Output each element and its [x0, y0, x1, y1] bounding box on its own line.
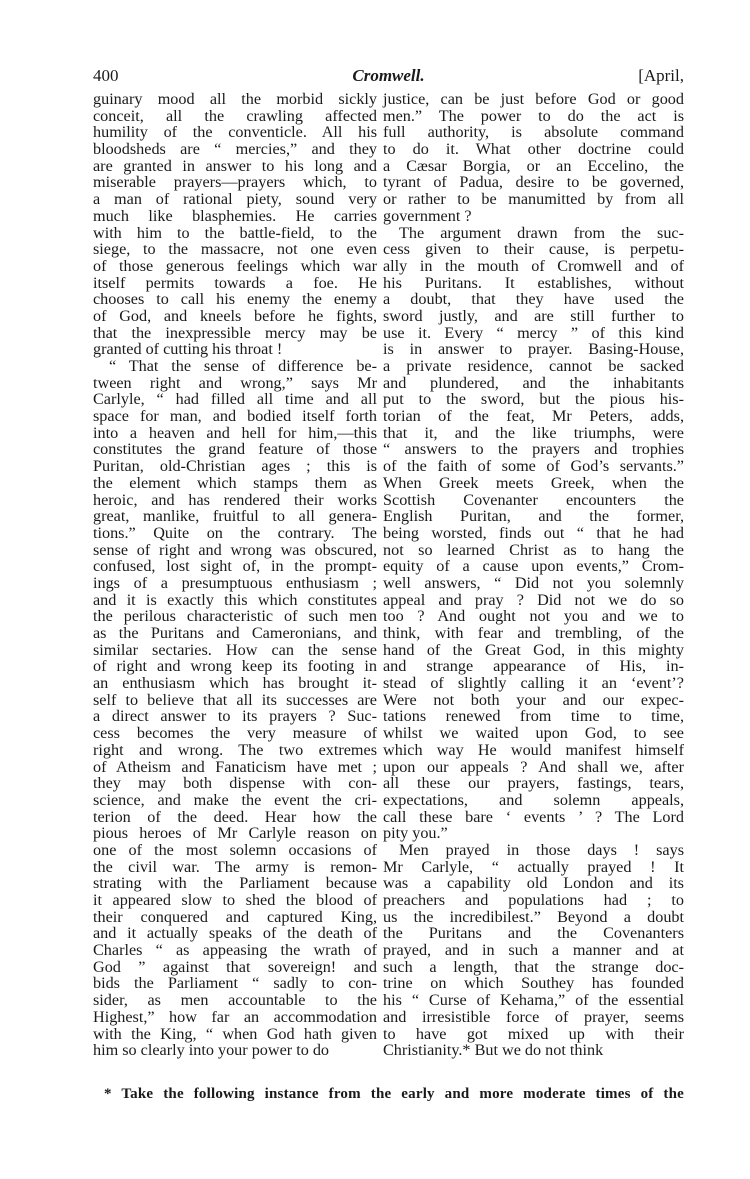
text-line: “ answers to the prayers and trophies — [383, 441, 684, 458]
running-date: [April, — [638, 66, 684, 86]
text-line: a doubt, that they have used the — [383, 291, 684, 308]
text-line: sider, as men accountable to the — [93, 992, 377, 1009]
text-line: Puritan, old-Christian ages ; this is — [93, 458, 377, 475]
text-line: justice, can be just before God or good — [383, 91, 684, 108]
text-line: pious heroes of Mr Carlyle reason on — [93, 825, 377, 842]
text-line: “ That the sense of difference be- — [93, 358, 377, 375]
text-line: sense of right and wrong was obscured, — [93, 542, 377, 559]
text-line: which way He would manifest himself — [383, 742, 684, 759]
text-line: us the incredibilest.” Beyond a doubt — [383, 909, 684, 926]
text-line: terion of the deed. Hear how the — [93, 809, 377, 826]
text-line: the element which stamps them as — [93, 475, 377, 492]
text-line: science, and make the event the cri- — [93, 792, 377, 809]
text-line: the civil war. The army is remon- — [93, 859, 377, 876]
text-line: conceit, all the crawling affected — [93, 108, 377, 125]
text-line: constitutes the grand feature of those — [93, 441, 377, 458]
text-line: is in answer to prayer. Basing-House, — [383, 341, 684, 358]
text-line: being worsted, finds out “ that he had — [383, 525, 684, 542]
text-line: equity of a cause upon events,” Crom- — [383, 558, 684, 575]
text-line: Men prayed in those days ! says — [383, 842, 684, 859]
text-line: one of the most solemn occasions of — [93, 842, 377, 859]
text-line: heroic, and has rendered their works — [93, 492, 377, 509]
text-line: cess becomes the very measure of — [93, 725, 377, 742]
text-line: Charles “ as appeasing the wrath of — [93, 942, 377, 959]
text-line: not so learned Christ as to hang the — [383, 542, 684, 559]
text-line: whilst we waited upon God, to see — [383, 725, 684, 742]
text-line: a Cæsar Borgia, or an Eccelino, the — [383, 158, 684, 175]
running-header: 400 Cromwell. [April, — [93, 66, 684, 90]
text-line: sword justly, and are still further to — [383, 308, 684, 325]
text-line: as the Puritans and Cameronians, and — [93, 625, 377, 642]
text-line: a direct answer to its prayers ? Suc- — [93, 708, 377, 725]
text-line: right and wrong. The two extremes — [93, 742, 377, 759]
text-line: to have got mixed up with their — [383, 1026, 684, 1043]
text-line: was a capability old London and its — [383, 875, 684, 892]
text-line: Carlyle, “ had filled all time and all — [93, 391, 377, 408]
text-line: a man of rational piety, sound very — [93, 191, 377, 208]
text-line: torian of the feat, Mr Peters, adds, — [383, 408, 684, 425]
text-line: miserable prayers—prayers which, to — [93, 174, 377, 191]
footnote: * Take the following instance from the e… — [104, 1086, 684, 1103]
text-line: tyrant of Padua, desire to be governed, — [383, 174, 684, 191]
text-line: men.” The power to do the act is — [383, 108, 684, 125]
text-line: space for man, and bodied itself forth — [93, 408, 377, 425]
text-line: into a heaven and hell for him,—this — [93, 425, 377, 442]
text-line: preachers and populations had ; to — [383, 892, 684, 909]
text-line: confused, lost sight of, in the prompt- — [93, 558, 377, 575]
text-line: and it is exactly this which constitutes — [93, 592, 377, 609]
text-line: to do it. What other doctrine could — [383, 141, 684, 158]
text-line: and it actually speaks of the death of — [93, 925, 377, 942]
text-line: cess given to their cause, is perpetu- — [383, 241, 684, 258]
text-line: humility of the conventicle. All his — [93, 124, 377, 141]
text-line: bids the Parliament “ sadly to con- — [93, 975, 377, 992]
text-line: hand of the Great God, in this mighty — [383, 642, 684, 659]
text-line: much like blasphemies. He carries — [93, 208, 377, 225]
text-line: siege, to the massacre, not one even — [93, 241, 377, 258]
text-line: tween right and wrong,” says Mr — [93, 375, 377, 392]
text-line: their conquered and captured King, — [93, 909, 377, 926]
text-line: upon our appeals ? And shall we, after — [383, 759, 684, 776]
text-line: and plundered, and the inhabitants — [383, 375, 684, 392]
text-line: a private residence, cannot be sacked — [383, 358, 684, 375]
text-line: bloodsheds are “ mercies,” and they — [93, 141, 377, 158]
text-line: put to the sword, but the pious his- — [383, 391, 684, 408]
text-line: God ” against that sovereign! and — [93, 959, 377, 976]
text-line: Highest,” how far an accommodation — [93, 1009, 377, 1026]
text-line: great, manlike, fruitful to all genera- — [93, 508, 377, 525]
text-line: full authority, is absolute command — [383, 124, 684, 141]
text-line: guinary mood all the morbid sickly — [93, 91, 377, 108]
right-text-column: justice, can be just before God or goodm… — [383, 91, 684, 1059]
text-line: are granted in answer to his long and — [93, 158, 377, 175]
text-line: and irresistible force of prayer, seems — [383, 1009, 684, 1026]
text-line: When Greek meets Greek, when the — [383, 475, 684, 492]
text-line: stead of slightly calling it an ‘event’? — [383, 675, 684, 692]
text-line: an enthusiasm which has brought it- — [93, 675, 377, 692]
text-line: or rather to be manumitted by from all — [383, 191, 684, 208]
text-line: itself permits towards a foe. He — [93, 275, 377, 292]
text-line: granted of cutting his throat ! — [93, 341, 377, 358]
text-line: of God, and kneels before he fights, — [93, 308, 377, 325]
text-line: with him to the battle-field, to the — [93, 225, 377, 242]
text-line: with the King, “ when God hath given — [93, 1026, 377, 1043]
text-line: the Puritans and the Covenanters — [383, 925, 684, 942]
text-line: trine on which Southey has founded — [383, 975, 684, 992]
text-line: Mr Carlyle, “ actually prayed ! It — [383, 859, 684, 876]
text-line: of the faith of some of God’s servants.” — [383, 458, 684, 475]
text-line: self to believe that all its successes a… — [93, 692, 377, 709]
text-line: use it. Every “ mercy ” of this kind — [383, 325, 684, 342]
text-line: tions.” Quite on the contrary. The — [93, 525, 377, 542]
text-line: him so clearly into your power to do — [93, 1042, 377, 1059]
text-line: ally in the mouth of Cromwell and of — [383, 258, 684, 275]
text-line: such a length, that the strange doc- — [383, 959, 684, 976]
text-line: tations renewed from time to time, — [383, 708, 684, 725]
text-line: The argument drawn from the suc- — [383, 225, 684, 242]
text-line: all these our prayers, fastings, tears, — [383, 775, 684, 792]
left-text-column: guinary mood all the morbid sicklyconcei… — [93, 91, 377, 1059]
text-line: Were not both your and our expec- — [383, 692, 684, 709]
text-line: similar sectaries. How can the sense — [93, 642, 377, 659]
text-line: that it, and the like triumphs, were — [383, 425, 684, 442]
text-line: the perilous characteristic of such men — [93, 608, 377, 625]
text-line: Scottish Covenanter encounters the — [383, 492, 684, 509]
text-line: his Puritans. It establishes, without — [383, 275, 684, 292]
running-title: Cromwell. — [93, 66, 684, 86]
text-line: chooses to call his enemy the enemy — [93, 291, 377, 308]
text-line: call these bare ‘ events ’ ? The Lord — [383, 809, 684, 826]
text-line: well answers, “ Did not you solemnly — [383, 575, 684, 592]
text-line: his “ Curse of Kehama,” of the essential — [383, 992, 684, 1009]
text-line: think, with fear and trembling, of the — [383, 625, 684, 642]
text-line: that the inexpressible mercy may be — [93, 325, 377, 342]
text-line: appeal and pray ? Did not we do so — [383, 592, 684, 609]
text-line: too ? And ought not you and we to — [383, 608, 684, 625]
text-line: of right and wrong keep its footing in — [93, 658, 377, 675]
text-line: expectations, and solemn appeals, — [383, 792, 684, 809]
text-line: Christianity.* But we do not think — [383, 1042, 684, 1059]
text-line: of Atheism and Fanaticism have met ; — [93, 759, 377, 776]
text-line: pity you.” — [383, 825, 684, 842]
text-line: strating with the Parliament because — [93, 875, 377, 892]
text-line: government ? — [383, 208, 684, 225]
text-line: and strange appearance of His, in- — [383, 658, 684, 675]
text-line: English Puritan, and the former, — [383, 508, 684, 525]
text-line: it appeared slow to shed the blood of — [93, 892, 377, 909]
text-line: of those generous feelings which war — [93, 258, 377, 275]
text-line: ings of a presumptuous enthusiasm ; — [93, 575, 377, 592]
text-line: they may both dispense with con- — [93, 775, 377, 792]
text-line: prayed, and in such a manner and at — [383, 942, 684, 959]
